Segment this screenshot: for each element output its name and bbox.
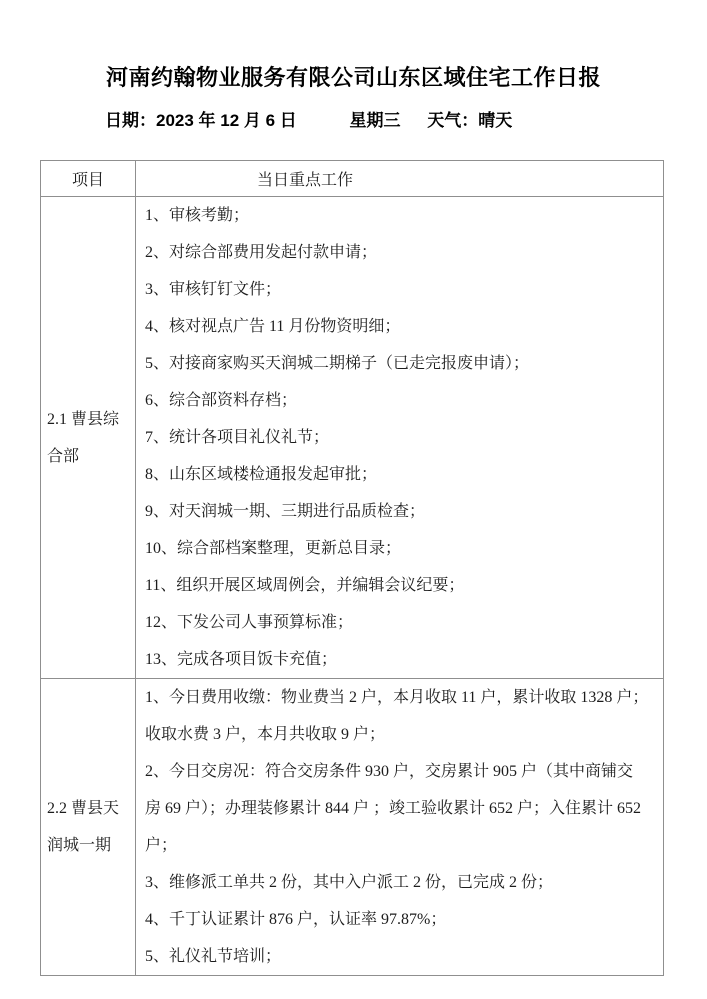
page-title: 河南约翰物业服务有限公司山东区域住宅工作日报	[0, 0, 707, 94]
text-line: 5、对接商家购买天润城二期梯子（已走完报废申请）；	[145, 345, 659, 382]
text-line: 1、审核考勤；	[145, 197, 659, 234]
table-row-caoxian-general-dept: 2.1 曹县综合部 1、审核考勤；2、对综合部费用发起付款申请；3、审核钉钉文件…	[41, 197, 664, 679]
text-line: 11、组织开展区域周例会，并编辑会议纪要；	[145, 567, 659, 604]
text-line: 6、综合部资料存档；	[145, 382, 659, 419]
text-line: 润城一期	[47, 827, 135, 864]
weekday-label: 星期三	[350, 111, 401, 130]
text-line: 4、千丁认证累计 876 户，认证率 97.87%；	[145, 901, 659, 938]
text-line: 2、今日交房况：符合交房条件 930 户，交房累计 905 户（其中商铺交	[145, 753, 659, 790]
dateline: 日期：2023 年 12 月 6 日 星期三 天气：晴天	[105, 109, 707, 133]
table-row-tianruncheng-phase1: 2.2 曹县天润城一期 1、今日费用收缴：物业费当 2 户，本月收取 11 户，…	[41, 679, 664, 976]
date-label: 日期：2023 年 12 月 6 日	[105, 111, 297, 130]
text-line: 2.2 曹县天	[47, 790, 135, 827]
column-header-key-work: 当日重点工作	[136, 161, 664, 197]
text-line: 9、对天润城一期、三期进行品质检查；	[145, 493, 659, 530]
report-page: 河南约翰物业服务有限公司山东区域住宅工作日报 日期：2023 年 12 月 6 …	[0, 0, 707, 999]
text-line: 3、审核钉钉文件；	[145, 271, 659, 308]
text-line: 合部	[47, 438, 135, 475]
row-label-caoxian-general-dept: 2.1 曹县综合部	[41, 197, 136, 679]
daily-report-table: 项目 当日重点工作 2.1 曹县综合部 1、审核考勤；2、对综合部费用发起付款申…	[40, 160, 664, 976]
text-line: 3、维修派工单共 2 份，其中入户派工 2 份，已完成 2 份；	[145, 864, 659, 901]
table-header-row: 项目 当日重点工作	[41, 161, 664, 197]
text-line: 2.1 曹县综	[47, 401, 135, 438]
row-content-tianruncheng-phase1: 1、今日费用收缴：物业费当 2 户，本月收取 11 户，累计收取 1328 户；…	[136, 679, 664, 976]
text-line: 1、今日费用收缴：物业费当 2 户，本月收取 11 户，累计收取 1328 户；	[145, 679, 659, 716]
text-line: 5、礼仪礼节培训；	[145, 938, 659, 975]
text-line: 13、完成各项目饭卡充值；	[145, 641, 659, 678]
text-line: 收取水费 3 户，本月共收取 9 户；	[145, 716, 659, 753]
weather-label: 天气：晴天	[427, 111, 512, 130]
text-line: 7、统计各项目礼仪礼节；	[145, 419, 659, 456]
text-line: 4、核对视点广告 11 月份物资明细；	[145, 308, 659, 345]
text-line: 房 69 户）；办理装修累计 844 户 ；竣工验收累计 652 户；入住累计 …	[145, 790, 659, 827]
text-line: 2、对综合部费用发起付款申请；	[145, 234, 659, 271]
text-line: 户；	[145, 827, 659, 864]
row-label-tianruncheng-phase1: 2.2 曹县天润城一期	[41, 679, 136, 976]
text-line: 8、山东区域楼检通报发起审批；	[145, 456, 659, 493]
text-line: 10、综合部档案整理，更新总目录；	[145, 530, 659, 567]
row-content-caoxian-general-dept: 1、审核考勤；2、对综合部费用发起付款申请；3、审核钉钉文件；4、核对视点广告 …	[136, 197, 664, 679]
column-header-project: 项目	[41, 161, 136, 197]
text-line: 12、下发公司人事预算标准；	[145, 604, 659, 641]
